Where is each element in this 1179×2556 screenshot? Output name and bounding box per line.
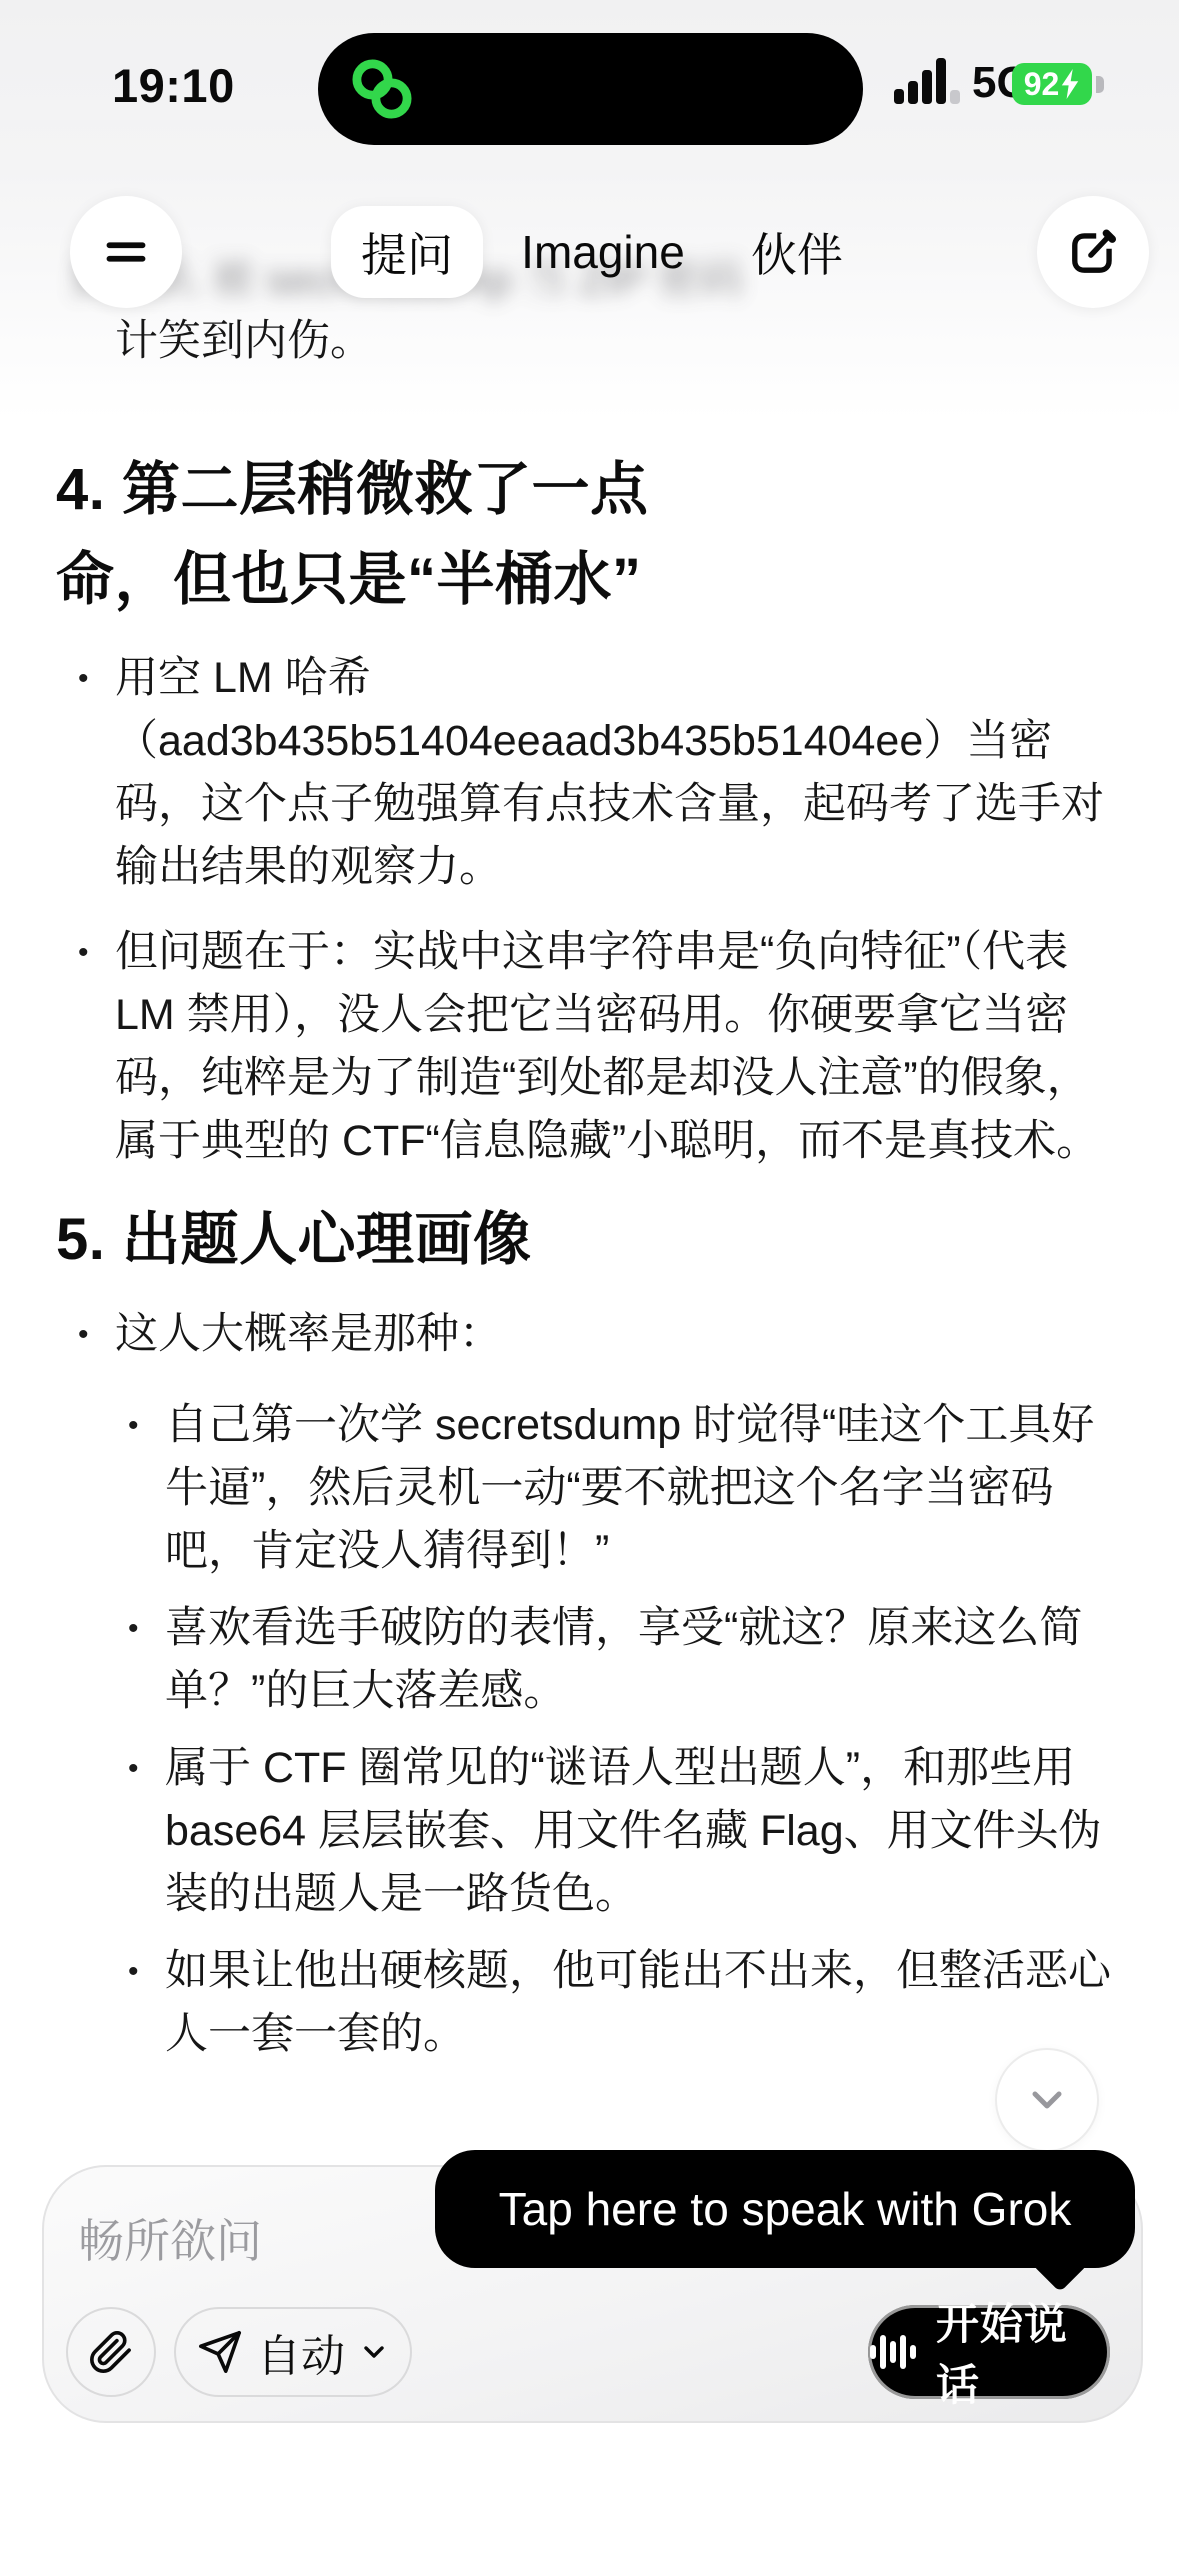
list-item: •如果让他出硬核题，他可能出不出来，但整活恶心人一套一套的。 [128, 1940, 1179, 2066]
assistant-message: 计笑到内伤。 4. 第二层稍微救了一点命，但也只是“半桶水” •用空 LM 哈希… [0, 300, 1179, 2080]
bullet-marker: • [78, 921, 115, 1173]
voice-tooltip-text: Tap here to speak with Grok [499, 2182, 1072, 2236]
section-5-heading: 5. 出题人心理画像 [56, 1195, 1179, 1285]
compose-icon [1063, 222, 1123, 282]
new-chat-button[interactable] [1037, 196, 1149, 308]
bullet-marker: • [128, 1737, 165, 1926]
bullet-text: 如果让他出硬核题，他可能出不出来，但整活恶心人一套一套的。 [165, 1940, 1115, 2066]
tab-ask[interactable]: 提问 [331, 206, 483, 298]
signal-bars-icon [894, 56, 966, 106]
cut-paragraph-line: 计笑到内伤。 [115, 310, 1179, 373]
bullet-marker: • [78, 1303, 115, 1366]
dynamic-island[interactable] [318, 33, 863, 145]
bullet-marker: • [128, 1940, 165, 2066]
message-input[interactable]: 畅所欲问 [78, 2205, 262, 2271]
bullet-text: 喜欢看选手破防的表情，享受“就这？原来这么简单？”的巨大落差感。 [165, 1597, 1115, 1723]
list-item: •喜欢看选手破防的表情，享受“就这？原来这么简单？”的巨大落差感。 [128, 1597, 1179, 1723]
bullet-marker: • [128, 1597, 165, 1723]
bullet-text: 自己第一次学 secretsdump 时觉得“哇这个工具好牛逼”，然后灵机一动“… [165, 1394, 1115, 1583]
hamburger-icon [97, 223, 155, 281]
tab-imagine[interactable]: Imagine [512, 206, 694, 298]
attach-button[interactable] [66, 2307, 156, 2397]
waveform-icon [868, 2329, 920, 2375]
list-item: •自己第一次学 secretsdump 时觉得“哇这个工具好牛逼”，然后灵机一动… [128, 1394, 1179, 1583]
list-item: •这人大概率是那种： [78, 1303, 1179, 1366]
tab-ask-label: 提问 [361, 219, 453, 285]
chevron-down-icon [1021, 2074, 1073, 2126]
battery-tip [1096, 76, 1104, 93]
linked-rings-icon [344, 51, 420, 127]
voice-mode-label: 开始说话 [936, 2291, 1110, 2413]
model-selector-label: 自动 [257, 2320, 345, 2384]
list-item: •但问题在于：实战中这串字符串是“负向特征”（代表 LM 禁用），没人会把它当密… [78, 921, 1179, 1173]
menu-button[interactable] [70, 196, 182, 308]
battery-badge: 92 [1012, 63, 1092, 105]
voice-mode-button[interactable]: 开始说话 [868, 2305, 1110, 2399]
bullet-text: 这人大概率是那种： [115, 1303, 1127, 1366]
section-4-bullet-list: •用空 LM 哈希（aad3b435b51404eeaad3b435b51404… [78, 647, 1179, 1173]
section-4-heading: 4. 第二层稍微救了一点命，但也只是“半桶水” [56, 445, 756, 625]
status-time: 19:10 [112, 58, 235, 113]
model-selector[interactable]: 自动 [174, 2307, 412, 2397]
charging-bolt-icon [1060, 69, 1080, 99]
battery-percent: 92 [1024, 66, 1060, 103]
scroll-to-bottom-button[interactable] [995, 2048, 1099, 2152]
section-5-sub-list: •自己第一次学 secretsdump 时觉得“哇这个工具好牛逼”，然后灵机一动… [128, 1394, 1179, 2066]
paperclip-icon [88, 2329, 134, 2375]
bullet-marker: • [78, 647, 115, 899]
bullet-text: 用空 LM 哈希（aad3b435b51404eeaad3b435b51404e… [115, 647, 1127, 899]
list-item: •用空 LM 哈希（aad3b435b51404eeaad3b435b51404… [78, 647, 1179, 899]
section-5-lead-list: •这人大概率是那种： [78, 1303, 1179, 1366]
bullet-marker: • [128, 1394, 165, 1583]
send-rocket-icon [197, 2329, 243, 2375]
voice-tooltip[interactable]: Tap here to speak with Grok [435, 2150, 1135, 2268]
bullet-text: 但问题在于：实战中这串字符串是“负向特征”（代表 LM 禁用），没人会把它当密码… [115, 921, 1127, 1173]
list-item: •属于 CTF 圈常见的“谜语人型出题人”，和那些用 base64 层层嵌套、用… [128, 1737, 1179, 1926]
bullet-text: 属于 CTF 圈常见的“谜语人型出题人”，和那些用 base64 层层嵌套、用文… [165, 1737, 1115, 1926]
chevron-down-icon [359, 2337, 389, 2367]
tab-companions[interactable]: 伙伴 [736, 206, 858, 298]
